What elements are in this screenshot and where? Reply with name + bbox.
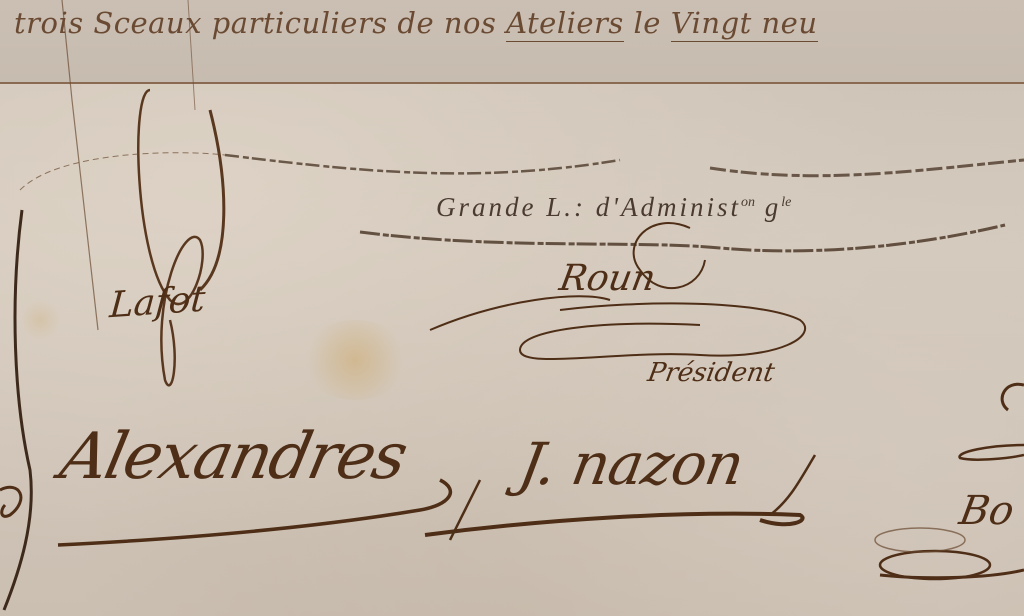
underline-signature-center — [425, 514, 803, 535]
signature-center: Roun — [556, 258, 658, 299]
decorative-rule-under-caption — [360, 225, 1005, 251]
margin-stroke — [4, 210, 31, 610]
decorative-rule-1 — [225, 155, 620, 173]
signature-left-vertical: Lafot — [108, 279, 206, 327]
signature-bottom-right-partial: Bo — [956, 488, 1018, 534]
signature-bottom-center: J. nazon — [514, 430, 748, 498]
center-signature-paraph — [520, 303, 805, 359]
signature-center-title: Président — [645, 358, 776, 388]
guide-line-right — [188, 0, 195, 110]
signature-bottom-left: Alexandres — [54, 420, 412, 494]
left-signature-loop — [138, 90, 202, 385]
decorative-rule-2 — [710, 160, 1024, 176]
